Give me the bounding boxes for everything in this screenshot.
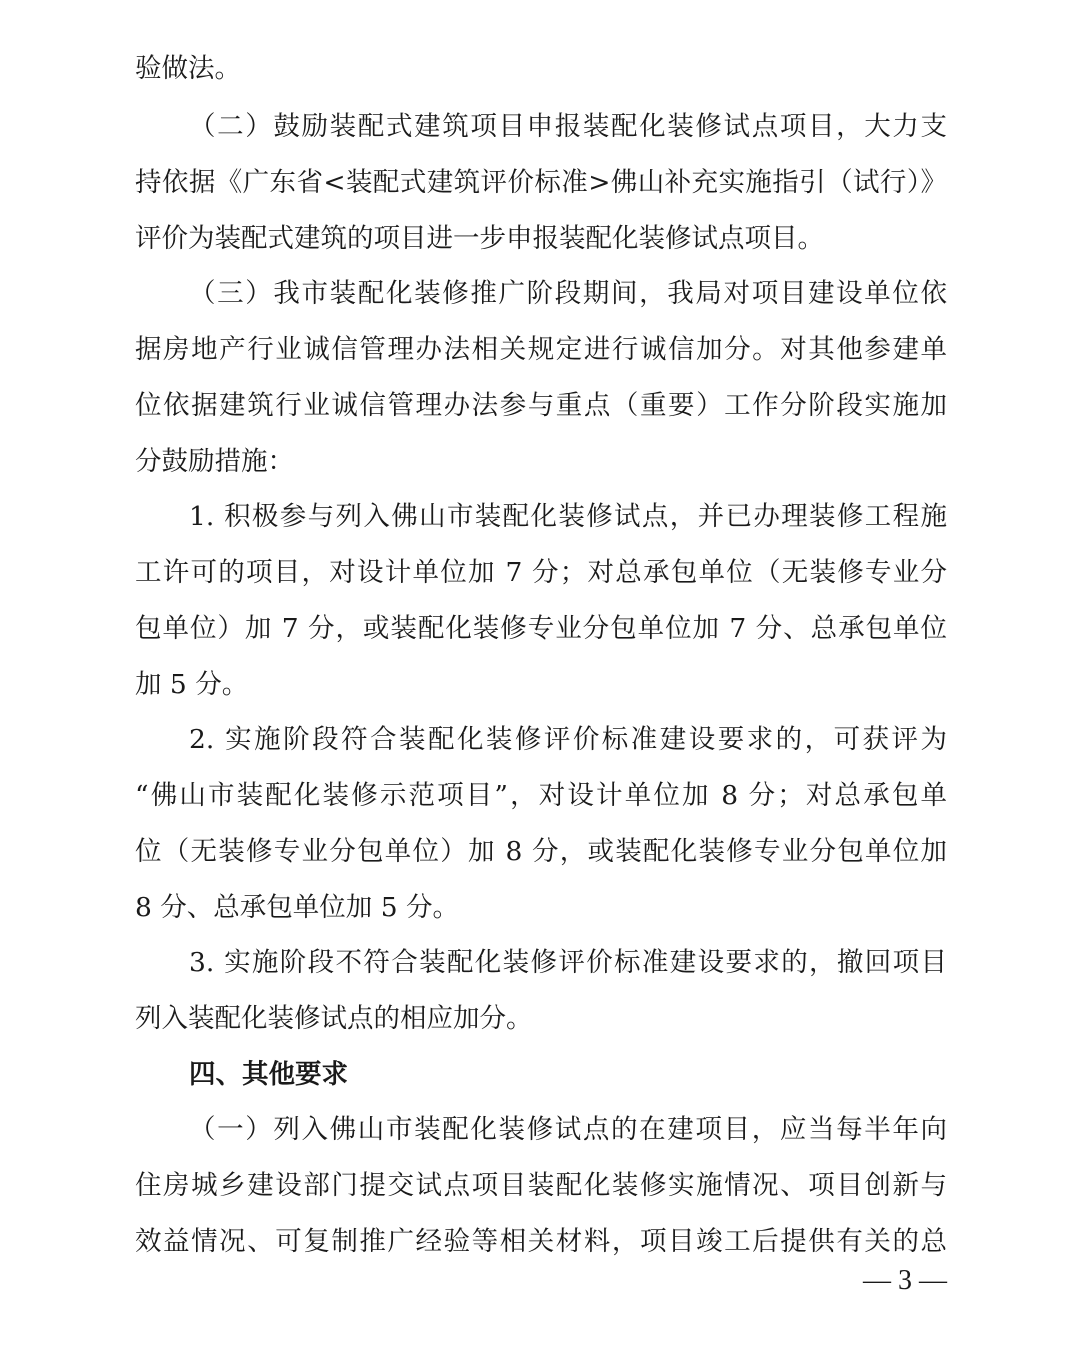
paragraph-line: 加 5 分。 <box>135 668 947 702</box>
paragraph-line: 1. 积极参与列入佛山市装配化装修试点，并已办理装修工程施 <box>189 500 947 534</box>
paragraph-line: 2. 实施阶段符合装配化装修评价标准建设要求的，可获评为 <box>189 723 947 757</box>
paragraph-line: 效益情况、可复制推广经验等相关材料，项目竣工后提供有关的总 <box>135 1225 947 1259</box>
paragraph-line: 分鼓励措施： <box>135 445 947 479</box>
paragraph-line: （一）列入佛山市装配化装修试点的在建项目，应当每半年向 <box>189 1113 947 1147</box>
paragraph-line: 8 分、总承包单位加 5 分。 <box>135 891 947 925</box>
paragraph-line: 验做法。 <box>135 52 947 86</box>
paragraph-line: 据房地产行业诚信管理办法相关规定进行诚信加分。对其他参建单 <box>135 333 947 367</box>
paragraph-line: 评价为装配式建筑的项目进一步申报装配化装修试点项目。 <box>135 222 947 256</box>
paragraph-line: 3. 实施阶段不符合装配化装修评价标准建设要求的，撤回项目 <box>189 946 947 980</box>
paragraph-line: （三）我市装配化装修推广阶段期间，我局对项目建设单位依 <box>189 277 947 311</box>
paragraph-line: 工许可的项目，对设计单位加 7 分；对总承包单位（无装修专业分 <box>135 556 947 590</box>
paragraph-line: 包单位）加 7 分，或装配化装修专业分包单位加 7 分、总承包单位 <box>135 612 947 646</box>
paragraph-line: 持依据《广东省<装配式建筑评价标准>佛山补充实施指引（试行）》 <box>135 166 947 200</box>
section-heading: 四、其他要求 <box>189 1058 348 1092</box>
paragraph-line: （二）鼓励装配式建筑项目申报装配化装修试点项目，大力支 <box>189 110 947 144</box>
paragraph-line: 列入装配化装修试点的相应加分。 <box>135 1002 947 1036</box>
paragraph-line: 位（无装修专业分包单位）加 8 分，或装配化装修专业分包单位加 <box>135 835 947 869</box>
paragraph-line: “佛山市装配化装修示范项目”，对设计单位加 8 分；对总承包单 <box>135 779 947 813</box>
paragraph-line: 住房城乡建设部门提交试点项目装配化装修实施情况、项目创新与 <box>135 1169 947 1203</box>
paragraph-line: 位依据建筑行业诚信管理办法参与重点（重要）工作分阶段实施加 <box>135 389 947 423</box>
page-number: — 3 — <box>863 1264 947 1298</box>
